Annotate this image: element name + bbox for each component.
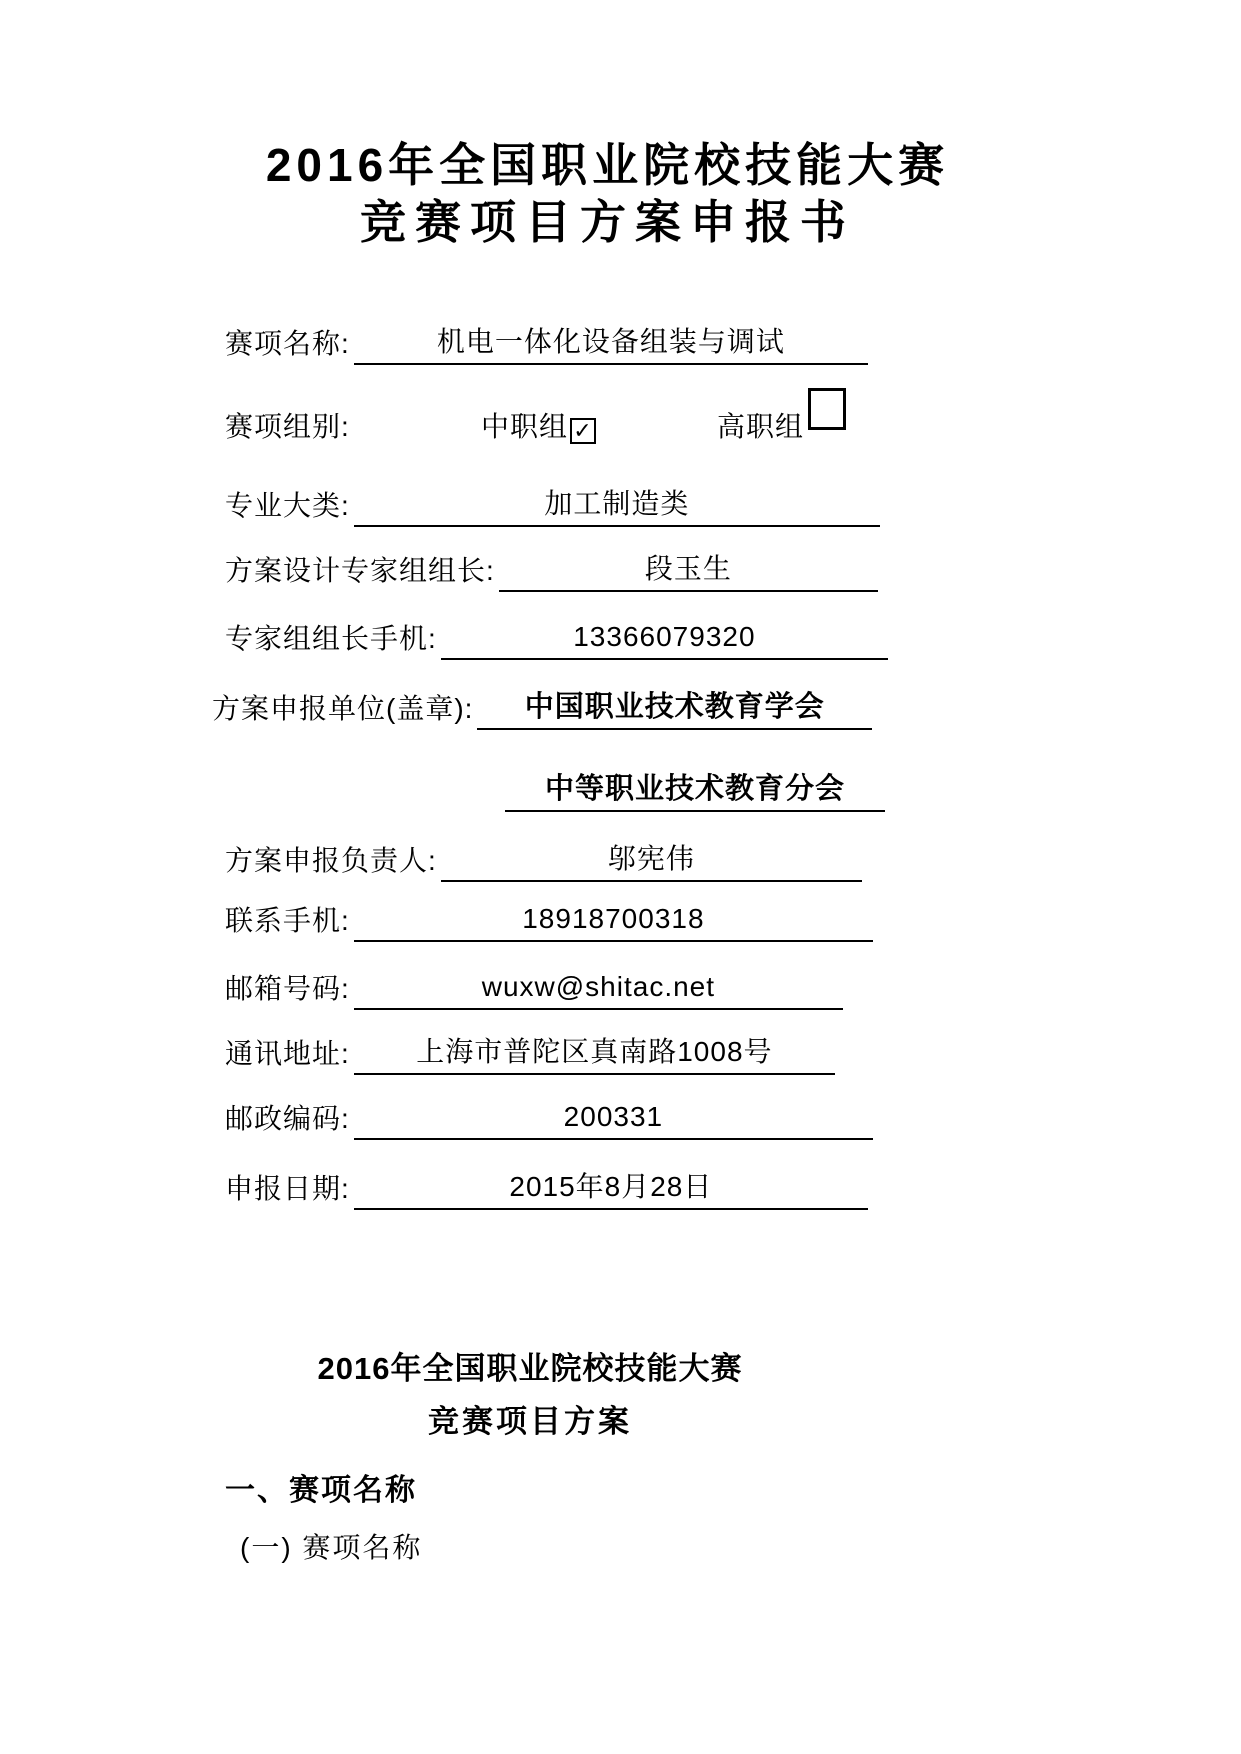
form-field-event-group: 赛项组别: 中职组✓ 高职组 xyxy=(225,402,1121,448)
field-value-underline: 2015年8月28日 xyxy=(354,1166,868,1210)
form-field-applicant-org: 方案申报单位(盖章): 中国职业技术教育学会 xyxy=(212,686,872,730)
field-label: 专业大类: xyxy=(225,485,354,527)
field-value-underline: 200331 xyxy=(354,1096,873,1140)
subheading-event-name: (一) 赛项名称 xyxy=(240,1530,422,1566)
form-field-major-category: 专业大类: 加工制造类 xyxy=(225,483,880,527)
field-value-underline: 18918700318 xyxy=(354,898,873,942)
form-field-contact-phone: 联系手机: 18918700318 xyxy=(225,898,873,942)
field-label: 方案申报单位(盖章): xyxy=(212,688,477,730)
option-higher-vocational: 高职组 xyxy=(717,388,846,448)
section2-title-line1: 2016年全国职业院校技能大赛 xyxy=(150,1342,910,1396)
section2-title: 2016年全国职业院校技能大赛 竞赛项目方案 xyxy=(150,1342,910,1448)
option-secondary-vocational: 中职组✓ xyxy=(481,406,596,448)
document-title-line2: 竞赛项目方案申报书 xyxy=(0,194,1215,250)
checkbox-checked-icon[interactable]: ✓ xyxy=(570,418,596,444)
field-value-underline: 中国职业技术教育学会 xyxy=(477,686,872,730)
field-label: 赛项名称: xyxy=(225,323,354,365)
form-field-expert-phone: 专家组组长手机: 13366079320 xyxy=(225,616,888,660)
form-field-event-name: 赛项名称: 机电一体化设备组装与调试 xyxy=(225,321,868,365)
option-label: 中职组 xyxy=(481,411,568,442)
field-value-underline: 段玉生 xyxy=(499,548,878,592)
form-field-postcode: 邮政编码: 200331 xyxy=(225,1096,873,1140)
field-label: 方案申报负责人: xyxy=(225,840,441,882)
document-title-line1: 2016年全国职业院校技能大赛 xyxy=(0,136,1215,194)
field-value-underline: 13366079320 xyxy=(441,616,888,660)
form-field-address: 通讯地址: 上海市普陀区真南路1008号 xyxy=(225,1031,835,1075)
field-value-underline: 中等职业技术教育分会 xyxy=(505,768,885,812)
form-field-applicant-org-line2: 中等职业技术教育分会 xyxy=(505,768,885,812)
form-field-email: 邮箱号码: wuxw@shitac.net xyxy=(225,966,843,1010)
checkbox-unchecked-icon[interactable] xyxy=(808,388,846,430)
field-label: 通讯地址: xyxy=(225,1033,354,1075)
option-label: 高职组 xyxy=(717,411,804,442)
document-title: 2016年全国职业院校技能大赛 竞赛项目方案申报书 xyxy=(0,136,1215,250)
field-label: 邮箱号码: xyxy=(225,968,354,1010)
field-value-underline: 机电一体化设备组装与调试 xyxy=(354,321,868,365)
field-label: 申报日期: xyxy=(225,1168,354,1210)
document-page: 2016年全国职业院校技能大赛 竞赛项目方案申报书 赛项名称: 机电一体化设备组… xyxy=(0,0,1241,1754)
field-value-underline: 加工制造类 xyxy=(354,483,880,527)
field-label: 专家组组长手机: xyxy=(225,618,441,660)
field-label: 邮政编码: xyxy=(225,1098,354,1140)
field-label: 赛项组别: xyxy=(225,406,350,448)
field-label: 联系手机: xyxy=(225,900,354,942)
check-icon: ✓ xyxy=(573,418,592,443)
heading-event-name: 一、赛项名称 xyxy=(225,1472,417,1510)
section2-title-line2: 竞赛项目方案 xyxy=(150,1396,910,1448)
form-field-applicant-person: 方案申报负责人: 邬宪伟 xyxy=(225,838,862,882)
field-value-underline: 上海市普陀区真南路1008号 xyxy=(354,1031,835,1075)
field-value-underline: wuxw@shitac.net xyxy=(354,966,843,1010)
form-field-expert-leader: 方案设计专家组组长: 段玉生 xyxy=(225,548,878,592)
field-value-underline: 邬宪伟 xyxy=(441,838,862,882)
form-field-date: 申报日期: 2015年8月28日 xyxy=(225,1166,868,1210)
field-label: 方案设计专家组组长: xyxy=(225,550,499,592)
